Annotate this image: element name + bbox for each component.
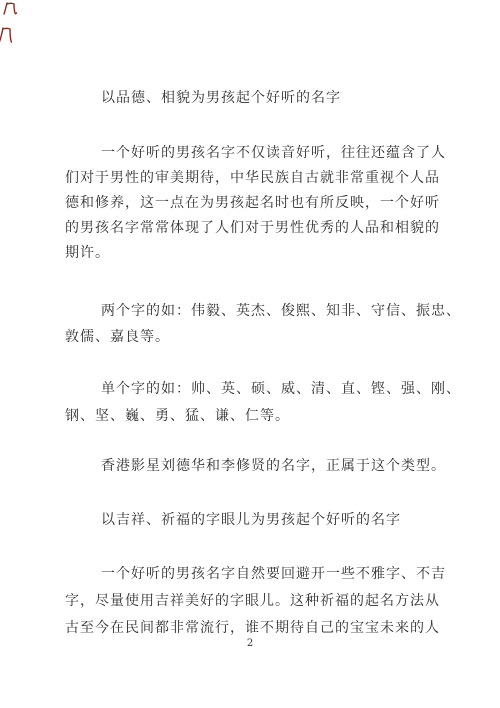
paragraph-line: 敦儒、嘉良等。 xyxy=(65,324,465,350)
paragraph-line: 两个字的如：伟毅、英杰、俊熙、知非、守信、振忠、 xyxy=(65,298,465,324)
paragraph-line: 德和修养，这一点在为男孩起名时也有所反映，一个好听 xyxy=(65,191,465,216)
paragraph-single-char-names: 单个字的如：帅、英、硕、威、清、直、铿、强、刚、 钢、坚、巍、勇、猛、谦、仁等。 xyxy=(65,376,465,430)
paragraph-auspicious-intro: 一个好听的男孩名字自然要回避开一些不雅字、不吉 字，尽量使用吉祥美好的字眼儿。这… xyxy=(65,561,465,642)
paragraph-virtue-intro: 一个好听的男孩名字不仅读音好听，往往还蕴含了人 们对于男性的审美期待，中华民族自… xyxy=(65,141,465,266)
paragraph-line: 单个字的如：帅、英、硕、威、清、直、铿、强、刚、 xyxy=(65,376,465,403)
red-stroke-mark-icon xyxy=(3,2,17,15)
paragraph-line: 期许。 xyxy=(65,241,465,266)
paragraph-two-char-names: 两个字的如：伟毅、英杰、俊熙、知非、守信、振忠、 敦儒、嘉良等。 xyxy=(65,298,465,350)
paragraph-line: 一个好听的男孩名字不仅读音好听，往往还蕴含了人 xyxy=(65,141,465,166)
paragraph-line: 钢、坚、巍、勇、猛、谦、仁等。 xyxy=(65,403,465,430)
paragraph-line: 一个好听的男孩名字自然要回避开一些不雅字、不吉 xyxy=(65,561,465,588)
section-heading-auspicious-words: 以吉祥、祈福的字眼儿为男孩起个好听的名字 xyxy=(101,508,401,533)
section-heading-virtue-appearance: 以品德、相貌为男孩起个好听的名字 xyxy=(101,86,341,111)
paragraph-line: 字，尽量使用吉祥美好的字眼儿。这种祈福的起名方法从 xyxy=(65,588,465,615)
paragraph-line: 的男孩名字常常体现了人们对于男性优秀的人品和相貌的 xyxy=(65,216,465,241)
paragraph-line: 香港影星刘德华和李修贤的名字，正属于这个类型。 xyxy=(65,454,465,479)
page-number: 2 xyxy=(0,638,500,649)
paragraph-line: 们对于男性的审美期待，中华民族自古就非常重视个人品 xyxy=(65,166,465,191)
document-page: 以品德、相貌为男孩起个好听的名字 一个好听的男孩名字不仅读音好听，往往还蕴含了人… xyxy=(0,0,500,708)
red-stroke-mark-icon xyxy=(0,27,12,44)
paragraph-celebrity-examples: 香港影星刘德华和李修贤的名字，正属于这个类型。 xyxy=(65,454,465,479)
